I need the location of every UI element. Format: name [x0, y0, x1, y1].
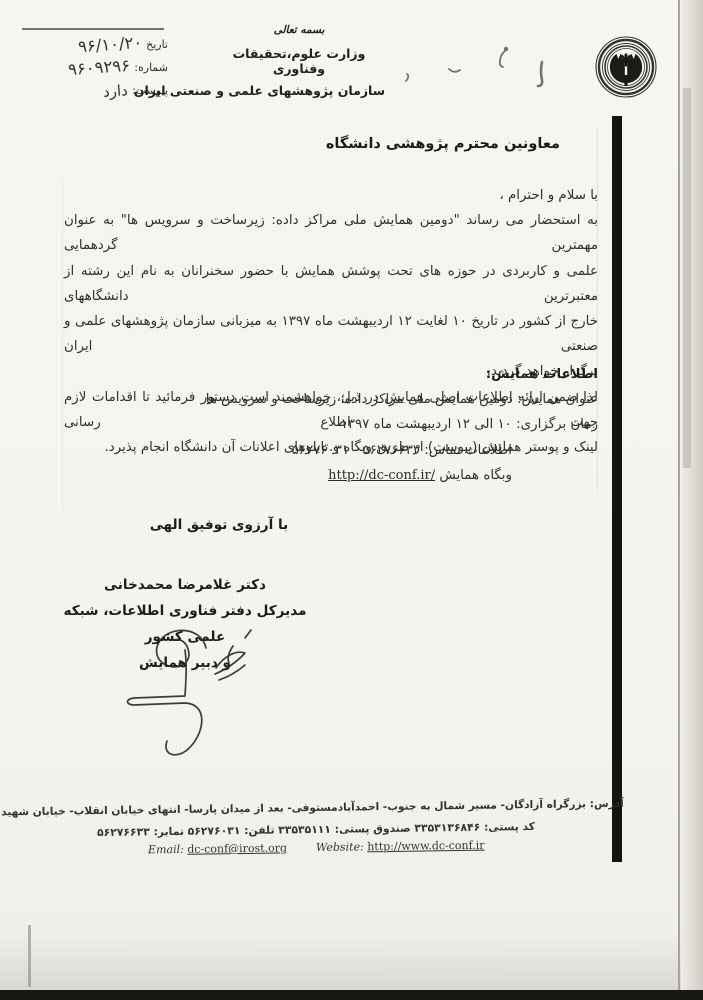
- body-line: علمی و کاربردی در حوزه های تحت پوشش همای…: [64, 259, 598, 309]
- email-value: dc-conf@irost.org: [187, 841, 287, 855]
- conference-info: اطلاعات همایش: عنوان همایش: دومین همایش …: [64, 362, 598, 488]
- scanned-letter-page: تاریخ ۹۶/۱۰/۲۰ شماره: ۹۶۰۹۲۹۶ پیوست: دار…: [0, 0, 703, 1000]
- conference-website-url: http://dc-conf.ir/: [328, 463, 435, 488]
- scan-black-bar: [612, 116, 622, 862]
- fold-line-left: [62, 178, 63, 513]
- handwritten-signature: [88, 620, 300, 782]
- stamp-date-label: تاریخ: [146, 38, 168, 51]
- closing-wish: با آرزوی توفیق الهی: [86, 512, 352, 538]
- scan-bottom-shadow: [0, 935, 703, 990]
- handwritten-pen-marks: [393, 38, 571, 100]
- stamp-attachment-value: دارد: [103, 81, 129, 101]
- conference-website-line: وبگاه همایش http://dc-conf.ir/: [64, 463, 512, 488]
- stamp-top-rule: [22, 28, 164, 30]
- stamp-date-value: ۹۶/۱۰/۲۰: [77, 33, 142, 56]
- email-label: Email:: [148, 843, 184, 856]
- irost-logo-icon: [594, 35, 658, 99]
- recipient-line: معاونین محترم پژوهشی دانشگاه: [326, 136, 560, 152]
- scan-left-smudge: [28, 925, 31, 987]
- stamp-number-label: شماره:: [134, 61, 168, 74]
- conference-title-line: عنوان همایش: دومین همایش ملی مراکز داده؛…: [64, 387, 598, 412]
- stamp-date-row: تاریخ ۹۶/۱۰/۲۰: [6, 33, 168, 56]
- conference-info-heading: اطلاعات همایش:: [64, 362, 598, 387]
- website-footer-value: http://www.dc-conf.ir: [367, 839, 484, 854]
- footer-address: آدرس: بزرگراه آزادگان- مسیر شمال به جنوب…: [8, 798, 624, 819]
- footer-links: Email: dc-conf@irost.org Website: http:/…: [8, 837, 624, 859]
- body-line: خارج از کشور در تاریخ ۱۰ لغایت ۱۲ اردیبه…: [64, 309, 598, 359]
- ministry-name: وزارت علوم،تحقیقات وفناوری: [213, 46, 385, 76]
- bismillah-text: بسمه تعالی: [213, 24, 385, 36]
- scan-bottom-strip: [0, 990, 703, 1000]
- stamp-number-value: ۹۶۰۹۲۹۶: [68, 56, 131, 79]
- scan-right-smudge: [683, 88, 691, 468]
- stamp-number-row: شماره: ۹۶۰۹۲۹۶: [6, 56, 168, 79]
- scan-right-edge-line: [678, 0, 680, 1000]
- signer-name: دکتر غلامرضا محمدخانی: [52, 572, 318, 598]
- conference-time-line: زمان برگزاری: ۱۰ الی ۱۲ اردیبهشت ماه ۱۳۹…: [64, 412, 598, 437]
- website-label: وبگاه همایش: [439, 468, 512, 483]
- letter-footer: آدرس: بزرگراه آزادگان- مسیر شمال به جنوب…: [8, 798, 625, 859]
- organization-name: سازمان پژوهشهای علمی و صنعتی ایران: [213, 83, 385, 98]
- conference-contact-line: اطلاعات تماس: ۵۶۲۷۶۶۳۳ - ۵۶۲۷۶۰۳۱: [64, 438, 512, 463]
- website-footer-label: Website:: [316, 840, 364, 854]
- body-line: با سلام و احترام ،: [64, 183, 598, 208]
- body-line: به استحضار می رساند "دومین همایش ملی مرا…: [64, 208, 598, 258]
- letterhead: بسمه تعالی وزارت علوم،تحقیقات وفناوری سا…: [213, 24, 385, 98]
